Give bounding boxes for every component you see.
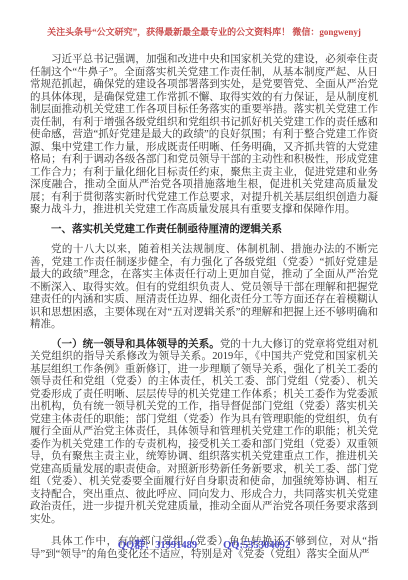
paragraph-relation-one: （一）统一领导和具体领导的关系。党的十九大修订的党章将党组对机关党组织的指导关系… [30, 339, 378, 527]
section-heading: 一、落实机关党建工作责任制亟待厘清的逻辑关系 [30, 224, 378, 237]
document-body: 习近平总书记强调，加强和改进中央和国家机关党的建设，必须牵住责任制这个“牛鼻子”… [30, 54, 378, 561]
paragraph-overview-text: 党的十八大以来，随着相关法规制度、体制机制、措施办法的不断完善，党建工作责任制逐… [30, 244, 378, 330]
promo-header-text: 关注头条号“公文研究”，获得最新最全最专业的公文资料库！ 微信：gongweny… [30, 25, 378, 38]
paragraph-intro: 习近平总书记强调，加强和改进中央和国家机关党的建设，必须牵住责任制这个“牛鼻子”… [30, 54, 378, 217]
qq-group-number: QQ群：31991489 [118, 540, 197, 551]
paragraph-intro-text: 习近平总书记强调，加强和改进中央和国家机关党的建设，必须牵住责任制这个“牛鼻子”… [30, 54, 378, 215]
footer-contact: QQ群：31991489QQ:535304092 [0, 537, 408, 552]
paragraph-relation-one-text: 党的十九大修订的党章将党组对机关党组织的指导关系修改为领导关系。2019年，《中… [30, 339, 378, 525]
qq-number: QQ:535304092 [223, 540, 290, 551]
paragraph-overview: 党的十八大以来，随着相关法规制度、体制机制、措施办法的不断完善，党建工作责任制逐… [30, 244, 378, 332]
document-page: 关注头条号“公文研究”，获得最新最全最专业的公文资料库！ 微信：gongweny… [0, 0, 408, 580]
paragraph-relation-one-lead: （一）统一领导和具体领导的关系。 [51, 339, 220, 350]
